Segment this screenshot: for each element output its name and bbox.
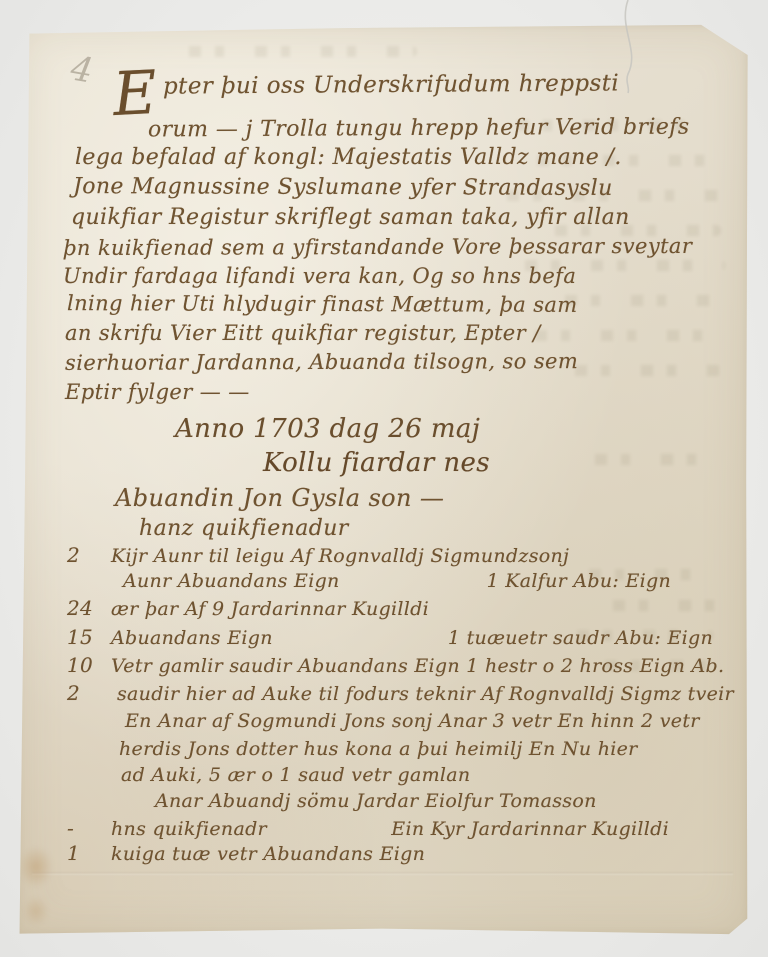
manuscript-line: Eptir fylger — —	[65, 380, 250, 404]
entry-quantity: 15	[65, 625, 111, 649]
scan-background: 4 E pter þui oss Underskrifudum hreppsti…	[0, 0, 768, 957]
paper-crease	[32, 872, 734, 875]
entry-quantity: 10	[65, 653, 111, 677]
register-row: 2 saudir hier ad Auke til fodurs teknir …	[65, 681, 713, 705]
register-row: 1 kuiga tuæ vetr Abuandans Eign	[65, 841, 713, 865]
register-row: 2 Kijr Aunr til leigu Af Rognvalldj Sigm…	[65, 543, 713, 567]
bleed-through-text	[523, 330, 721, 341]
entry-text: Vetr gamlir saudir Abuandans Eign 1 hest…	[111, 655, 724, 677]
register-row: En Anar af Sogmundi Jons sonj Anar 3 vet…	[65, 710, 713, 732]
entry-right-note: Ein Kyr Jardarinnar Kugilldi	[391, 818, 669, 840]
entry-right-note: 1 tuæuetr saudr Abu: Eign	[448, 627, 713, 649]
entry-text: hns quikfienadr	[111, 818, 267, 840]
manuscript-line: an skrifu Vier Eitt quikfiar registur, E…	[65, 321, 541, 345]
entry-text: Anar Abuandj sömu Jardar Eiolfur Tomasso…	[155, 790, 597, 812]
entry-right-note: 1 Kalfur Abu: Eign	[487, 570, 671, 592]
manuscript-line: þn kuikfienad sem a yfirstandande Vore þ…	[63, 234, 692, 260]
date-heading: Anno 1703 dag 26 maj	[175, 414, 480, 444]
entry-quantity: 24	[65, 596, 111, 620]
register-row: ad Auki, 5 ær o 1 saud vetr gamlan	[65, 764, 713, 786]
register-row: 15 Abuandans Eign 1 tuæuetr saudr Abu: E…	[65, 625, 713, 649]
entry-text: Aunr Abuandans Eign	[123, 570, 340, 592]
manuscript-page: 4 E pter þui oss Underskrifudum hreppsti…	[17, 24, 748, 935]
bleed-through-text	[583, 454, 713, 465]
register-row: Aunr Abuandans Eign 1 Kalfur Abu: Eign	[65, 570, 671, 592]
entry-text: En Anar af Sogmundi Jons sonj Anar 3 vet…	[125, 710, 700, 732]
register-row: herdis Jons dotter hus kona a þui heimil…	[65, 738, 713, 760]
bleed-through-text	[553, 295, 721, 306]
register-row: Anar Abuandj sömu Jardar Eiolfur Tomasso…	[65, 790, 713, 812]
farmer-name-line: Abuandin Jon Gysla son —	[115, 484, 444, 512]
entry-text: ær þar Af 9 Jardarinnar Kugilldi	[111, 598, 429, 620]
manuscript-line: quikfiar Registur skriflegt saman taka, …	[71, 205, 630, 230]
manuscript-line: pter þui oss Underskrifudum hreppsti	[163, 70, 619, 99]
register-row: 24 ær þar Af 9 Jardarinnar Kugilldi	[65, 596, 713, 620]
manuscript-line: lning hier Uti hlydugir finast Mættum, þ…	[67, 291, 578, 317]
manuscript-line: Undir fardaga lifandi vera kan, Og so hn…	[63, 264, 576, 288]
ink-stain	[19, 846, 53, 888]
bleed-through-text	[563, 365, 721, 376]
entry-text: Kijr Aunr til leigu Af Rognvalldj Sigmun…	[111, 545, 569, 567]
entry-quantity: 2	[65, 543, 111, 567]
register-row: 10 Vetr gamlir saudir Abuandans Eign 1 h…	[65, 653, 713, 677]
ink-stain	[23, 896, 49, 926]
entry-text: herdis Jons dotter hus kona a þui heimil…	[119, 738, 638, 760]
entry-text: ad Auki, 5 ær o 1 saud vetr gamlan	[121, 764, 470, 786]
manuscript-line: orum — j Trolla tungu hrepp hefur Verid …	[148, 115, 690, 143]
entry-text: kuiga tuæ vetr Abuandans Eign	[111, 843, 425, 865]
folio-number-pencil: 4	[68, 48, 96, 91]
drop-cap-initial: E	[111, 63, 158, 125]
manuscript-line: Jone Magnussine Syslumane yfer Strandasy…	[73, 174, 613, 201]
entry-quantity: -	[65, 816, 111, 840]
manuscript-line: lega befalad af kongl: Majestatis Valldz…	[75, 145, 622, 170]
scanner-fiber	[598, 0, 668, 94]
entry-text: saudir hier ad Auke til fodurs teknir Af…	[117, 683, 734, 705]
entry-quantity: 1	[65, 841, 111, 865]
entry-text: Abuandans Eign	[111, 627, 273, 649]
manuscript-line: sierhuoriar Jardanna, Abuanda tilsogn, s…	[65, 349, 578, 375]
place-heading: Kollu fiardar nes	[263, 448, 490, 478]
entry-quantity: 2	[65, 681, 111, 705]
bleed-through-text	[177, 46, 417, 57]
register-row: - hns quikfienadr Ein Kyr Jardarinnar Ku…	[65, 816, 669, 840]
livestock-heading: hanz quikfienadur	[139, 516, 349, 541]
